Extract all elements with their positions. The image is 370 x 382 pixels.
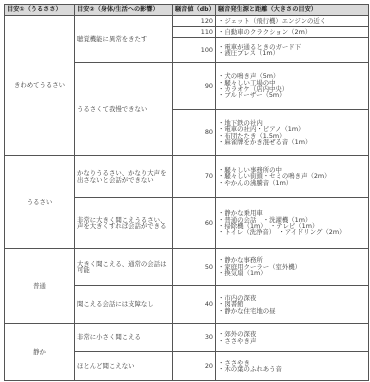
effect-description: 聴覚機能に異常をきたす (75, 16, 173, 63)
loudness-level: きわめてうるさい (5, 16, 75, 156)
noise-level-table: 目安①（うるささ） 目安②（身体/生活への影響） 騒音値（db） 騒音発生源と距… (4, 4, 369, 381)
source-item: ・木の葉のふれあう音 (218, 366, 366, 372)
source-item: ・自動車のクラクション（2m） (218, 29, 366, 35)
source-item: ・静かな住宅地の昼 (218, 308, 366, 314)
db-value: 90 (173, 63, 216, 110)
source-item: ・換気扇（1m） (218, 270, 366, 276)
noise-sources: ・郊外の深夜 ・ささやき声 (216, 324, 369, 352)
source-item: ・麻雀牌をかき混ぜる音（1m） (218, 139, 366, 145)
table-row: 静か 非常に小さく聞こえる 30 ・郊外の深夜 ・ささやき声 (5, 324, 369, 352)
db-value: 70 (173, 156, 216, 198)
header-db: 騒音値（db） (173, 5, 216, 16)
effect-description: かなりうるさい、かなり大声を出さないと会話ができない (75, 156, 173, 198)
noise-sources: ・自動車のクラクション（2m） (216, 27, 369, 38)
effect-description: うるさくて我慢できない (75, 63, 173, 156)
loudness-level: うるさい (5, 156, 75, 249)
noise-sources: ・ささやき ・木の葉のふれあう音 (216, 352, 369, 381)
table-row: 普通 大きく聞こえる、通常の会話は可能 50 ・静かな事務所 ・家庭用クーラー（… (5, 249, 369, 286)
noise-sources: ・電車が通るときのガード下 ・液圧プレス（1m） (216, 38, 369, 63)
source-item: ・ジェット（飛行機）エンジンの近く (218, 18, 366, 24)
db-value: 20 (173, 352, 216, 381)
noise-sources: ・市内の深夜 ・図書館 ・静かな住宅地の昼 (216, 286, 369, 324)
db-value: 30 (173, 324, 216, 352)
effect-description: 大きく聞こえる、通常の会話は可能 (75, 249, 173, 286)
loudness-level: 静か (5, 324, 75, 381)
db-value: 120 (173, 16, 216, 27)
noise-sources: ・静かな事務所 ・家庭用クーラー（室外機） ・換気扇（1m） (216, 249, 369, 286)
table-row: うるさい かなりうるさい、かなり大声を出さないと会話ができない 70 ・騒々しい… (5, 156, 369, 198)
effect-description: 非常に小さく聞こえる (75, 324, 173, 352)
source-item: ・ブルドーザー（5m） (218, 92, 366, 98)
source-item: ・液圧プレス（1m） (218, 50, 366, 56)
effect-description: 聞こえる会話には支障なし (75, 286, 173, 324)
source-item: ・ささやき声 (218, 338, 366, 344)
db-value: 40 (173, 286, 216, 324)
loudness-level: 普通 (5, 249, 75, 324)
noise-sources: ・地下鉄の社内 ・電車の社内・ピアノ（1m） ・布団たたき（1.5m） ・麻雀牌… (216, 110, 369, 156)
db-value: 60 (173, 198, 216, 249)
source-item: ・トイレ（洗浄音） ・アイドリング（2m） (218, 229, 366, 235)
noise-sources: ・静かな乗用車 ・普通の会話 ・洗濯機（1m） ・掃除機（1m） ・テレビ（1m… (216, 198, 369, 249)
effect-description: 非常に大きく聞こえうるさい、声を大きくすれば会話ができる (75, 198, 173, 249)
noise-sources: ・騒々しい事務所の中 ・騒々しい街頭・セミの鳴き声（2m） ・やかんの沸騰音（1… (216, 156, 369, 198)
effect-description: ほとんど聞こえない (75, 352, 173, 381)
source-item: ・やかんの沸騰音（1m） (218, 180, 366, 186)
header-source: 騒音発生源と距離（大きさの目安） (216, 5, 369, 16)
db-value: 100 (173, 38, 216, 63)
db-value: 110 (173, 27, 216, 38)
table-row: きわめてうるさい 聴覚機能に異常をきたす 120 ・ジェット（飛行機）エンジンの… (5, 16, 369, 27)
db-value: 50 (173, 249, 216, 286)
noise-sources: ・ジェット（飛行機）エンジンの近く (216, 16, 369, 27)
header-effect: 目安②（身体/生活への影響） (75, 5, 173, 16)
header-row: 目安①（うるささ） 目安②（身体/生活への影響） 騒音値（db） 騒音発生源と距… (5, 5, 369, 16)
header-loudness: 目安①（うるささ） (5, 5, 75, 16)
noise-sources: ・犬の鳴き声（5m） ・騒々しい工場の中 ・カラオケ（店内中央） ・ブルドーザー… (216, 63, 369, 110)
db-value: 80 (173, 110, 216, 156)
